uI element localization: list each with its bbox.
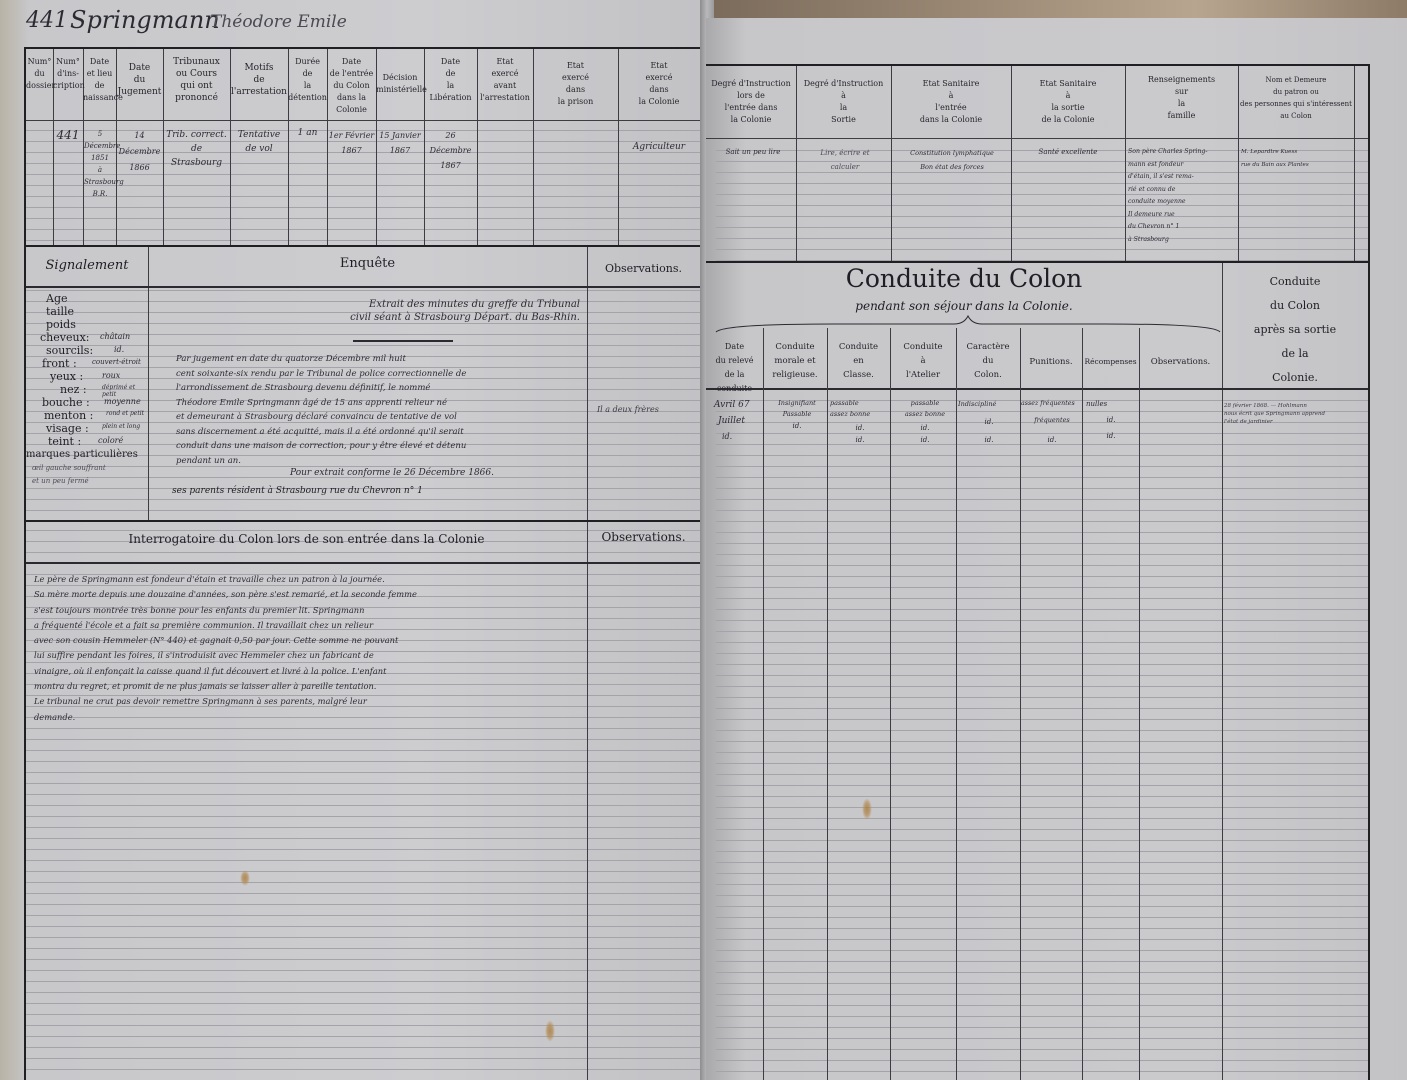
paper-stain — [862, 798, 872, 820]
row-atelier: passable assez bonne — [894, 398, 956, 420]
frame-right — [1368, 64, 1370, 1080]
sig-bouche-value: moyenne — [104, 397, 141, 406]
paper-stain — [240, 870, 250, 886]
header-etat-avant: Etat exercé avant l'arrestation — [477, 56, 533, 104]
value-famille: Son père Charles Spring- mann est fondeu… — [1128, 146, 1240, 246]
apres-sortie-title: Conduite du Colon après sa sortie de la … — [1222, 270, 1368, 390]
sig-menton-value: rond et petit — [106, 410, 144, 417]
row-atelier: id. — [894, 424, 956, 432]
row-morale: Insignifiant Passable — [766, 398, 828, 420]
value-date-naissance: 5 Décembre 1851 à Strasbourg B.R. — [84, 128, 116, 200]
sig-bouche: bouche : — [42, 396, 90, 409]
row-atelier: id. — [894, 436, 956, 444]
record-surname: Springmann — [70, 6, 220, 34]
row-punitions: id. — [1021, 436, 1083, 444]
value-instruction-entree: Sait un peu lire — [710, 148, 796, 156]
header-num-inscription: Num° d'ins- cription — [53, 56, 83, 92]
signalement-title: Signalement — [26, 258, 148, 273]
row-classe: id. — [830, 436, 890, 444]
header-etat-prison: Etat exercé dans la prison — [533, 60, 618, 108]
sig-menton: menton : — [44, 409, 93, 422]
header-decision: Décision ministérielle — [376, 72, 424, 96]
sig-yeux-value: roux — [102, 371, 120, 380]
header-divider — [706, 138, 1368, 139]
sig-marques: marques particulières — [26, 448, 138, 461]
value-tribunal: Trib. correct. de Strasbourg — [163, 128, 230, 170]
enquete-title: Enquête — [148, 256, 587, 271]
header-num-dossier: Num° du dossier — [26, 56, 53, 92]
enquete-body: Par jugement en date du quatorze Décembr… — [176, 352, 584, 468]
header-motifs: Motifs de l'arrestation — [230, 62, 288, 98]
sig-age: Age — [46, 292, 68, 305]
row-classe: id. — [830, 424, 890, 432]
sig-cheveux: cheveux: — [40, 331, 89, 344]
sig-marques-value: œil gauche souffrant et un peu fermé — [32, 462, 106, 488]
row-recompenses: id. — [1086, 416, 1136, 424]
header-recompenses: Récompenses — [1082, 356, 1139, 368]
header-sanitaire-entree: Etat Sanitaire à l'entrée dans la Coloni… — [891, 78, 1011, 126]
record-given-names: Théodore Emile — [210, 12, 347, 32]
right-page: Degré d'Instruction lors de l'entrée dan… — [706, 18, 1407, 1080]
row-punitions: assez fréquentes — [1021, 400, 1083, 407]
header-conduite-atelier: Conduite à l'Atelier — [890, 340, 956, 382]
sig-sourcils: sourcils: — [46, 344, 93, 357]
row-recompenses: id. — [1086, 432, 1136, 440]
value-num-inscription: 441 — [53, 128, 83, 142]
apres-sortie-note: 28 février 1868. — Hohlmann nous écrit q… — [1224, 402, 1374, 426]
section-divider — [706, 261, 1368, 263]
header-divider — [26, 120, 706, 121]
observations-title-2: Observations. — [587, 530, 700, 544]
sig-front: front : — [42, 357, 77, 370]
middle-header-divider — [26, 286, 706, 288]
conduite-subtitle: pendant son séjour dans la Colonie. — [706, 299, 1222, 313]
sig-yeux: yeux : — [50, 370, 83, 383]
value-decision: 15 Janvier 1867 — [376, 128, 424, 158]
header-date-liberation: Date de la Libération — [424, 56, 477, 104]
row-recompenses: nulles — [1086, 400, 1139, 408]
value-duree: 1 an — [288, 128, 327, 138]
interrogatoire-text: Le père de Springmann est fondeur d'étai… — [34, 572, 582, 725]
enquete-certified: Pour extrait conforme le 26 Décembre 186… — [290, 468, 590, 478]
header-duree: Durée de la détention — [288, 56, 327, 104]
observations-title-1: Observations. — [587, 262, 700, 275]
observations-divider — [587, 247, 588, 1080]
header-date-entree: Date de l'entrée du Colon dans la Coloni… — [327, 56, 376, 116]
value-date-jugement: 14 Décembre 1866 — [116, 128, 163, 176]
value-date-liberation: 26 Décembre 1867 — [424, 128, 477, 173]
sig-nez-value: déprimé et petit — [102, 384, 148, 398]
row-date: Avril 67 — [714, 400, 764, 410]
row-caractere: id. — [958, 436, 1020, 444]
paper-stain — [545, 1020, 555, 1042]
header-sanitaire-sortie: Etat Sanitaire à la sortie de la Colonie — [1011, 78, 1125, 126]
value-motifs: Tentative de vol — [230, 128, 288, 156]
header-conduite-classe: Conduite en Classe. — [827, 340, 890, 382]
value-date-entree: 1er Février 1867 — [327, 128, 376, 158]
row-date: Juillet — [718, 416, 763, 426]
interrogatoire-title: Interrogatoire du Colon lors de son entr… — [26, 532, 587, 546]
row-caractere: Indiscipliné — [958, 400, 1020, 408]
sig-teint-value: coloré — [98, 436, 123, 445]
header-instruction-entree: Degré d'Instruction lors de l'entrée dan… — [706, 78, 796, 126]
enquete-underline — [353, 340, 453, 342]
sig-visage-value: plein et long — [102, 423, 140, 430]
sig-poids: poids — [46, 318, 76, 331]
record-number: 441 — [26, 8, 68, 33]
header-patron: Nom et Demeure du patron ou des personne… — [1238, 74, 1354, 122]
header-etat-colonie: Etat exercé dans la Colonie — [618, 60, 700, 108]
value-sanitaire-entree: Constitution lymphatique Bon état des fo… — [893, 146, 1011, 174]
header-instruction-sortie: Degré d'Instruction à la Sortie — [796, 78, 891, 126]
left-page: 441 Springmann Théodore Emile Num° du do… — [0, 0, 706, 1080]
header-caractere: Caractère du Colon. — [956, 340, 1020, 382]
header-conduite-morale: Conduite morale et religieuse. — [763, 340, 827, 382]
conduite-title: Conduite du Colon — [706, 264, 1222, 293]
sig-taille: taille — [46, 305, 74, 318]
sig-nez: nez : — [60, 383, 87, 396]
conduite-header-divider — [706, 388, 1368, 390]
ruled-lines — [716, 390, 1368, 1080]
observations-note-1: Il a deux frères — [597, 405, 697, 414]
header-date-naissance: Date et lieu de naissance — [83, 56, 116, 104]
value-etat-colonie: Agriculteur — [618, 142, 700, 152]
enquete-parents-note: ses parents résident à Strasbourg rue du… — [172, 486, 582, 496]
enquete-heading: Extrait des minutes du greffe du Tribuna… — [180, 298, 580, 324]
interrogatoire-header-divider — [26, 562, 706, 564]
header-tribunaux: Tribunaux ou Cours qui ont prononcé — [163, 56, 230, 104]
row-punitions: fréquentes — [1021, 416, 1083, 424]
sig-front-value: couvert-étroit — [92, 358, 141, 366]
value-sanitaire-sortie: Santé excellente — [1011, 148, 1125, 156]
frame-top — [706, 64, 1370, 66]
row-classe: passable assez bonne — [830, 398, 890, 420]
header-date-jugement: Date du Jugement — [116, 62, 163, 98]
section-divider-2 — [26, 520, 706, 522]
sig-cheveux-value: châtain — [100, 332, 130, 341]
header-famille: Renseignements sur la famille — [1125, 74, 1238, 122]
value-instruction-sortie: Lire, écrire et calculer — [800, 146, 890, 174]
frame-top — [24, 47, 706, 49]
header-observations: Observations. — [1139, 356, 1222, 368]
sig-visage: visage : — [46, 422, 89, 435]
section-divider — [26, 245, 706, 247]
brace-decoration — [714, 314, 1222, 334]
sig-sourcils-value: id. — [114, 345, 124, 354]
sig-teint: teint : — [48, 435, 81, 448]
row-morale: id. — [766, 422, 828, 430]
row-caractere: id. — [958, 418, 1020, 426]
row-date: id. — [722, 432, 762, 441]
header-date-releve: Date du relevé de la conduite — [706, 340, 763, 396]
value-patron: M. Lepardtre Kuess rue du Bain aux Plant… — [1241, 146, 1353, 171]
header-punitions: Punitions. — [1020, 356, 1082, 368]
